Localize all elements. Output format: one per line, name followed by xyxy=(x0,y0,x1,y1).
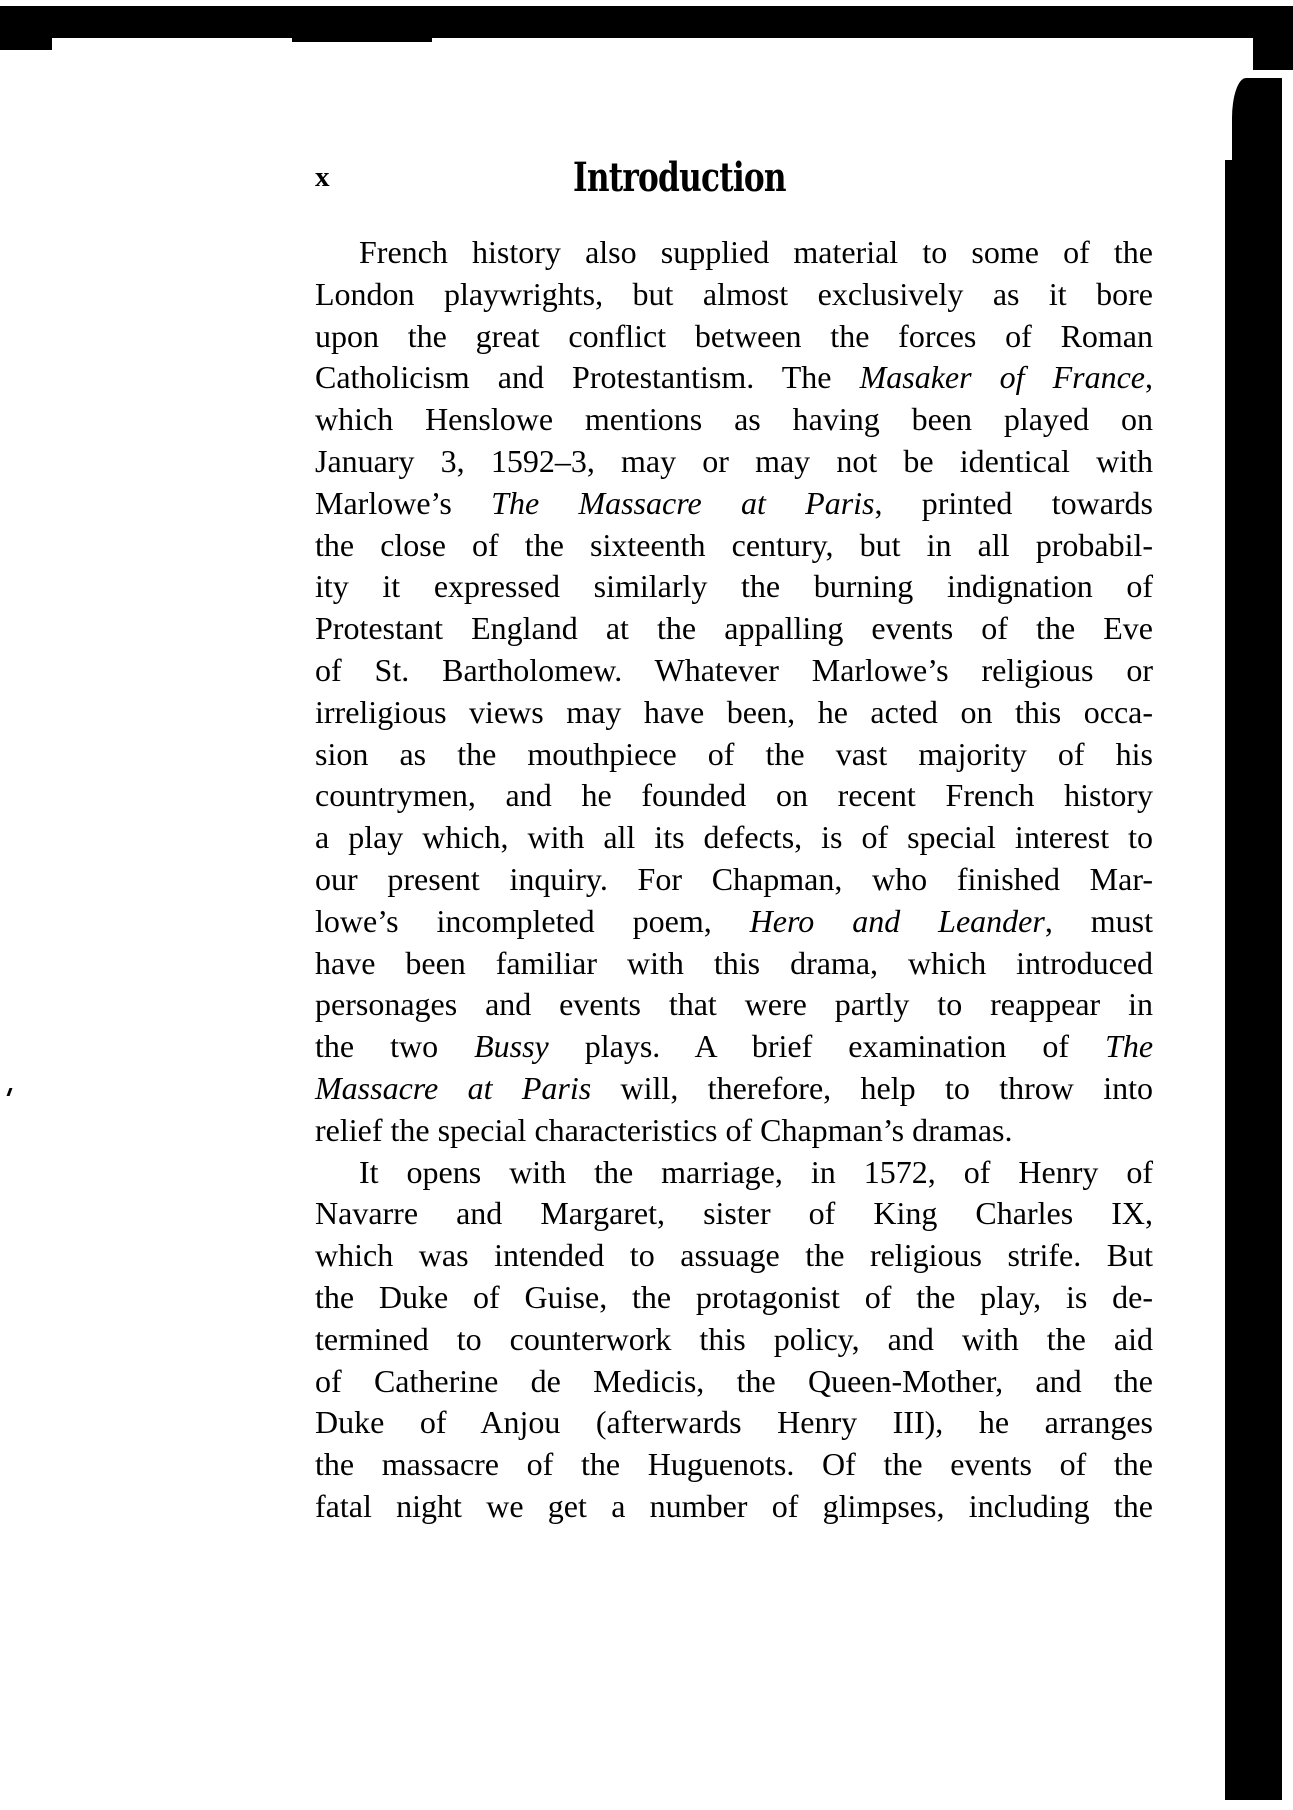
text-segment: of Catherine de Medicis, the Queen-Mothe… xyxy=(315,1363,1153,1399)
page-number: x xyxy=(315,163,330,192)
text-segment: Navarre and Margaret, sister of King Cha… xyxy=(315,1195,1153,1231)
text-line: London playwrights, but almost exclusive… xyxy=(315,274,1153,316)
text-line: Navarre and Margaret, sister of King Cha… xyxy=(315,1193,1153,1235)
text-segment: Protestant England at the appalling even… xyxy=(315,610,1153,646)
text-line: which Henslowe mentions as having been p… xyxy=(315,399,1153,441)
italic-title: Massacre at Paris xyxy=(315,1070,591,1106)
text-line: ity it expressed similarly the burning i… xyxy=(315,566,1153,608)
text-segment: our present inquiry. For Chapman, who fi… xyxy=(315,861,1153,897)
text-segment: lowe’s incompleted poem, xyxy=(315,903,750,939)
text-segment: which was intended to assuage the religi… xyxy=(315,1237,1153,1273)
text-line: Catholicism and Protestantism. The Masak… xyxy=(315,357,1153,399)
text-segment: upon the great conflict between the forc… xyxy=(315,318,1153,354)
text-line: Marlowe’s The Massacre at Paris, printed… xyxy=(315,483,1153,525)
text-segment: , must xyxy=(1045,903,1153,939)
text-line: of Catherine de Medicis, the Queen-Mothe… xyxy=(315,1361,1153,1403)
text-segment: the massacre of the Huguenots. Of the ev… xyxy=(315,1446,1153,1482)
text-line: our present inquiry. For Chapman, who fi… xyxy=(315,859,1153,901)
text-line: Protestant England at the appalling even… xyxy=(315,608,1153,650)
text-segment: fatal night we get a number of glimpses,… xyxy=(315,1488,1153,1524)
text-segment: , xyxy=(1145,359,1153,395)
text-line: relief the special characteristics of Ch… xyxy=(315,1110,1153,1152)
text-line: which was intended to assuage the religi… xyxy=(315,1235,1153,1277)
text-line: sion as the mouthpiece of the vast major… xyxy=(315,734,1153,776)
text-segment: have been familiar with this drama, whic… xyxy=(315,945,1153,981)
text-line: termined to counterwork this policy, and… xyxy=(315,1319,1153,1361)
text-segment: countrymen, and he founded on recent Fre… xyxy=(315,777,1153,813)
text-segment: Duke of Anjou (afterwards Henry III), he… xyxy=(315,1404,1153,1440)
text-segment: termined to counterwork this policy, and… xyxy=(315,1321,1153,1357)
text-line: French history also supplied material to… xyxy=(315,232,1153,274)
text-segment: , printed towards xyxy=(874,485,1153,521)
scan-right-band-edge xyxy=(1225,160,1245,1800)
body-text: French history also supplied material to… xyxy=(315,232,1153,1528)
text-segment: a play which, with all its defects, is o… xyxy=(315,819,1153,855)
text-segment: Marlowe’s xyxy=(315,485,491,521)
text-segment: sion as the mouthpiece of the vast major… xyxy=(315,736,1153,772)
text-segment: the two xyxy=(315,1028,474,1064)
text-segment: It opens with the marriage, in 1572, of … xyxy=(359,1154,1153,1190)
text-segment: the close of the sixteenth century, but … xyxy=(315,527,1153,563)
text-segment: January 3, 1592–3, may or may not be ide… xyxy=(315,443,1153,479)
text-line: the close of the sixteenth century, but … xyxy=(315,525,1153,567)
scan-speck-mark xyxy=(7,1088,13,1096)
text-line: fatal night we get a number of glimpses,… xyxy=(315,1486,1153,1528)
italic-title: Hero and Leander xyxy=(750,903,1045,939)
text-line: irreligious views may have been, he acte… xyxy=(315,692,1153,734)
text-segment: irreligious views may have been, he acte… xyxy=(315,694,1153,730)
text-segment: ity it expressed similarly the burning i… xyxy=(315,568,1153,604)
text-line: have been familiar with this drama, whic… xyxy=(315,943,1153,985)
text-line: countrymen, and he founded on recent Fre… xyxy=(315,775,1153,817)
text-line: Massacre at Paris will, therefore, help … xyxy=(315,1068,1153,1110)
text-line: the Duke of Guise, the protagonist of th… xyxy=(315,1277,1153,1319)
italic-title: The xyxy=(1105,1028,1153,1064)
scan-top-band-left xyxy=(0,30,52,50)
text-segment: Catholicism and Protestantism. The xyxy=(315,359,860,395)
running-title: Introduction xyxy=(573,156,786,200)
text-segment: relief the special characteristics of Ch… xyxy=(315,1112,1012,1148)
text-segment: the Duke of Guise, the protagonist of th… xyxy=(315,1279,1153,1315)
text-line: January 3, 1592–3, may or may not be ide… xyxy=(315,441,1153,483)
running-head: x Introduction xyxy=(315,150,1153,210)
text-line: a play which, with all its defects, is o… xyxy=(315,817,1153,859)
text-line: personages and events that were partly t… xyxy=(315,984,1153,1026)
scan-top-band-right xyxy=(1253,30,1293,70)
text-line: It opens with the marriage, in 1572, of … xyxy=(315,1152,1153,1194)
text-segment: personages and events that were partly t… xyxy=(315,986,1153,1022)
text-line: Duke of Anjou (afterwards Henry III), he… xyxy=(315,1402,1153,1444)
scan-top-band xyxy=(0,6,1293,38)
italic-title: Bussy xyxy=(474,1028,549,1064)
scan-top-line xyxy=(292,38,432,42)
text-line: of St. Bartholomew. Whatever Marlowe’s r… xyxy=(315,650,1153,692)
text-line: the two Bussy plays. A brief examination… xyxy=(315,1026,1153,1068)
italic-title: The Massacre at Paris xyxy=(491,485,874,521)
text-segment: plays. A brief examination of xyxy=(549,1028,1105,1064)
text-segment: will, therefore, help to throw into xyxy=(591,1070,1153,1106)
text-segment: French history also supplied material to… xyxy=(359,234,1153,270)
text-line: lowe’s incompleted poem, Hero and Leande… xyxy=(315,901,1153,943)
text-segment: London playwrights, but almost exclusive… xyxy=(315,276,1153,312)
text-segment: of St. Bartholomew. Whatever Marlowe’s r… xyxy=(315,652,1153,688)
text-line: the massacre of the Huguenots. Of the ev… xyxy=(315,1444,1153,1486)
text-line: upon the great conflict between the forc… xyxy=(315,316,1153,358)
italic-title: Masaker of France xyxy=(860,359,1145,395)
text-segment: which Henslowe mentions as having been p… xyxy=(315,401,1153,437)
